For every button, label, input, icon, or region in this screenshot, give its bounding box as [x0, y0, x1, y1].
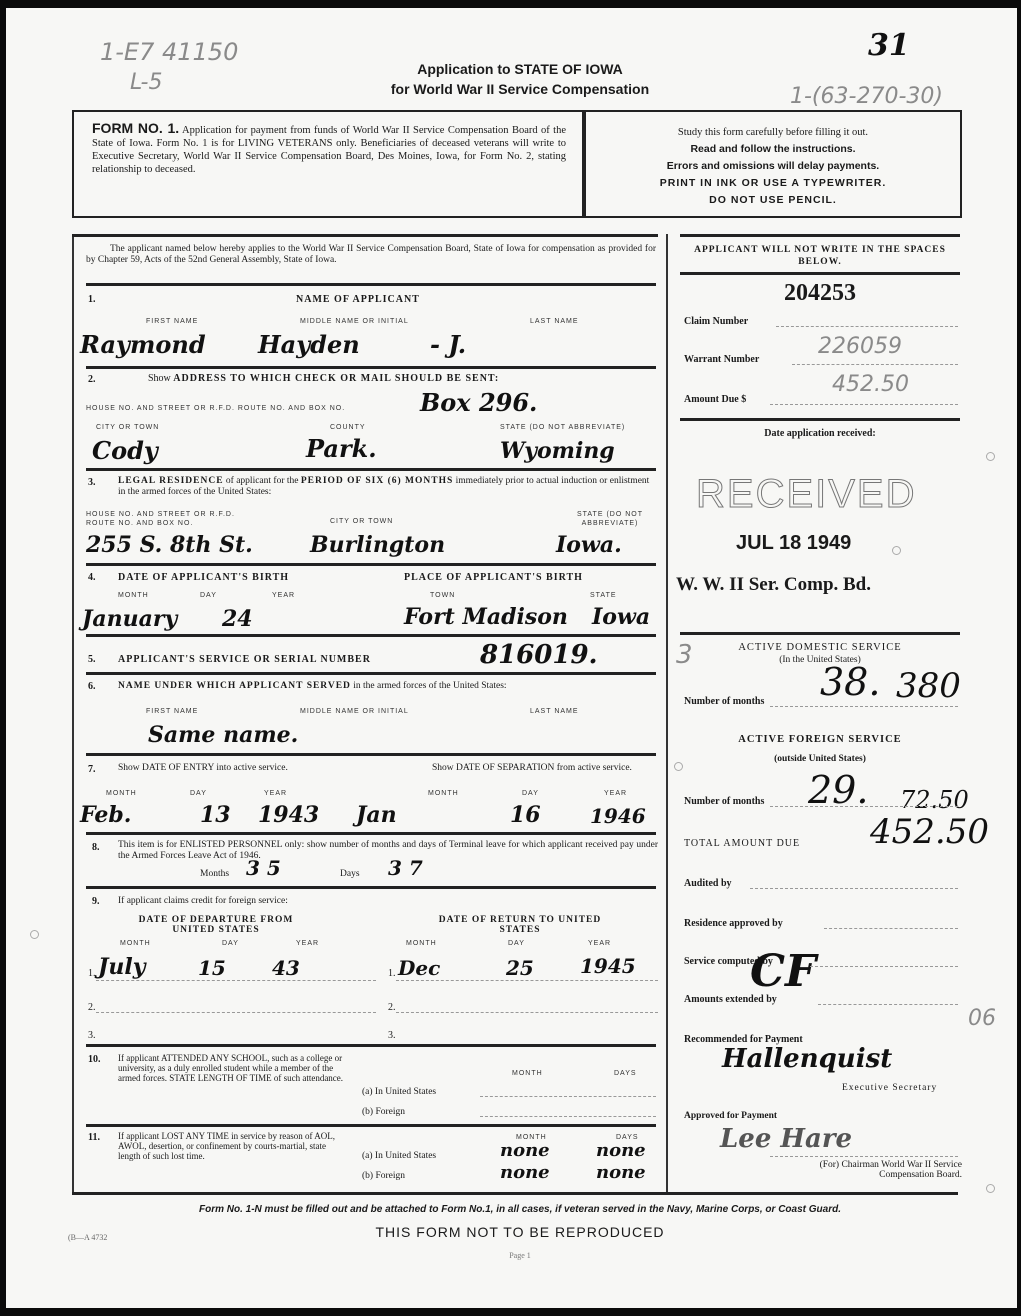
document-subtitle: for World War II Service Compensation — [330, 80, 710, 98]
domestic-months-field[interactable]: 38. — [820, 660, 880, 704]
date-received-label: Date application received: — [680, 428, 960, 440]
item-5-number: 5. — [88, 654, 96, 665]
received-stamp: RECEIVED — [696, 472, 917, 517]
margin-note-top-left: 1-E7 41150 — [100, 38, 238, 66]
last-name-field[interactable]: - J. — [430, 330, 466, 359]
lost-foreign-label: (b) Foreign — [362, 1170, 405, 1182]
mailing-city-label: CITY OR TOWN — [96, 424, 159, 431]
last-name-label: LAST NAME — [530, 318, 579, 325]
school-days-label: DAYS — [614, 1070, 637, 1077]
school-month-label: MONTH — [512, 1070, 543, 1077]
separation-month-field[interactable]: Jan — [356, 802, 397, 828]
amount-due-label: Amount Due $ — [684, 394, 746, 406]
serial-number-field[interactable]: 816019. — [480, 640, 598, 670]
mailing-county-field[interactable]: Park. — [306, 434, 377, 463]
terminal-days-field[interactable]: 3 7 — [388, 856, 423, 880]
margin-note-06: 06 — [968, 1006, 996, 1031]
warrant-number-field[interactable]: 226059 — [818, 334, 902, 359]
separation-date-label: Show DATE OF SEPARATION from active serv… — [432, 763, 658, 773]
item-8-number: 8. — [92, 842, 100, 853]
mailing-city-field[interactable]: Cody — [92, 436, 158, 465]
departure-month-field[interactable]: July — [98, 954, 146, 980]
served-last-name-label: LAST NAME — [530, 708, 579, 715]
received-stamp-date: JUL 18 1949 — [736, 532, 851, 555]
return-year-label: YEAR — [588, 940, 611, 947]
row-number: 1. — [388, 968, 396, 980]
item-1-label: NAME OF APPLICANT — [296, 294, 420, 305]
foreign-service-label: If applicant claims credit for foreign s… — [118, 895, 288, 907]
residence-state-label: STATE (DO NOT ABBREVIATE) — [560, 510, 660, 528]
chairman-label: (For) Chairman World War II Service Comp… — [772, 1160, 962, 1180]
row-number: 2. — [88, 1002, 96, 1014]
entry-date-label: Show DATE OF ENTRY into active service. — [118, 763, 348, 773]
mailing-street-label: HOUSE NO. AND STREET OR R.F.D. ROUTE NO.… — [86, 405, 345, 412]
form-code: (B—A 4732 — [68, 1232, 107, 1244]
entry-day-label: DAY — [190, 790, 207, 797]
entry-year-label: YEAR — [264, 790, 287, 797]
instruction-line-4: PRINT IN INK OR USE A TYPEWRITER. — [586, 175, 960, 192]
entry-month-field[interactable]: Feb. — [80, 802, 131, 828]
row-number: 2. — [388, 1002, 396, 1014]
claim-number-label: Claim Number — [684, 316, 748, 328]
separation-year-label: YEAR — [604, 790, 627, 797]
margin-note-top-right: 31 — [868, 28, 910, 63]
departure-day-label: DAY — [222, 940, 239, 947]
office-use-header: APPLICANT WILL NOT WRITE IN THE SPACES B… — [680, 244, 960, 268]
served-name-field[interactable]: Same name. — [148, 722, 298, 748]
separation-month-label: MONTH — [428, 790, 459, 797]
margin-note-top-left-2: L-5 — [130, 70, 162, 95]
return-date-label: DATE OF RETURN TO UNITED STATES — [420, 915, 620, 935]
residence-city-label: CITY OR TOWN — [330, 518, 393, 525]
instruction-line-2: Read and follow the instructions. — [586, 141, 960, 158]
row-number: 3. — [388, 1030, 396, 1042]
departure-year-label: YEAR — [296, 940, 319, 947]
item-7-number: 7. — [88, 764, 96, 775]
foreign-service-subheader: (outside United States) — [680, 754, 960, 764]
foreign-amount-field[interactable]: 72.50 — [900, 786, 969, 814]
total-amount-label: TOTAL AMOUNT DUE — [684, 838, 800, 850]
item-3-label: LEGAL RESIDENCE of applicant for the PER… — [118, 476, 658, 498]
departure-date-label: DATE OF DEPARTURE FROM UNITED STATES — [116, 915, 316, 935]
intro-text: The applicant named below hereby applies… — [86, 244, 656, 266]
middle-name-label: MIDDLE NAME OR INITIAL — [300, 318, 409, 325]
lost-us-days-field[interactable]: none — [596, 1140, 646, 1161]
terminal-days-label: Days — [340, 868, 360, 880]
separation-day-field[interactable]: 16 — [510, 802, 541, 828]
terminal-months-field[interactable]: 3 5 — [246, 856, 281, 880]
birth-month-label: MONTH — [118, 592, 149, 599]
reproduction-notice: THIS FORM NOT TO BE REPRODUCED — [300, 1224, 740, 1240]
item-10-number: 10. — [88, 1054, 101, 1065]
service-computed-initials[interactable]: CF — [750, 946, 816, 997]
amounts-extended-label: Amounts extended by — [684, 994, 777, 1006]
birth-town-field[interactable]: Fort Madison — [404, 604, 568, 630]
return-day-field[interactable]: 25 — [506, 956, 534, 980]
birth-state-field[interactable]: Iowa — [592, 604, 650, 630]
chairman-signature[interactable]: Lee Hare — [720, 1124, 852, 1154]
item-4-number: 4. — [88, 572, 96, 583]
executive-secretary-label: Executive Secretary — [842, 1082, 937, 1094]
birth-year-label: YEAR — [272, 592, 295, 599]
school-foreign-label: (b) Foreign — [362, 1106, 405, 1118]
instruction-line-1: Study this form carefully before filling… — [586, 124, 960, 141]
executive-secretary-signature[interactable]: Hallenquist — [722, 1044, 892, 1074]
birth-day-field[interactable]: 24 — [222, 606, 253, 632]
claim-number-value: 204253 — [680, 280, 960, 307]
separation-year-field[interactable]: 1946 — [590, 804, 646, 828]
first-name-label: FIRST NAME — [146, 318, 198, 325]
birth-day-label: DAY — [200, 592, 217, 599]
birth-state-label: STATE — [590, 592, 617, 599]
serial-number-label: APPLICANT'S SERVICE OR SERIAL NUMBER — [118, 654, 371, 665]
foreign-months-label: Number of months — [684, 796, 764, 808]
instructions-box: Study this form carefully before filling… — [584, 110, 962, 218]
lost-foreign-days-field[interactable]: none — [596, 1162, 646, 1183]
item-11-number: 11. — [88, 1132, 100, 1143]
item-3-number: 3. — [88, 477, 96, 488]
row-number: 1. — [88, 968, 96, 980]
form-number-label: FORM NO. 1. — [92, 120, 179, 136]
departure-day-field[interactable]: 15 — [198, 956, 226, 980]
approved-for-payment-label: Approved for Payment — [684, 1110, 777, 1122]
birth-date-label: DATE OF APPLICANT'S BIRTH — [118, 572, 289, 583]
audited-by-label: Audited by — [684, 878, 732, 890]
return-day-label: DAY — [508, 940, 525, 947]
birth-town-label: TOWN — [430, 592, 455, 599]
served-first-name-label: FIRST NAME — [146, 708, 198, 715]
first-name-field[interactable]: Raymond — [80, 330, 206, 359]
separation-day-label: DAY — [522, 790, 539, 797]
item-2-label: Show ADDRESS TO WHICH CHECK OR MAIL SHOU… — [148, 373, 499, 385]
domestic-months-label: Number of months — [684, 696, 764, 708]
departure-year-field[interactable]: 43 — [272, 956, 300, 980]
residence-street-field[interactable]: 255 S. 8th St. — [86, 532, 253, 558]
entry-year-field[interactable]: 1943 — [258, 802, 319, 828]
school-attendance-text: If applicant ATTENDED ANY SCHOOL, such a… — [118, 1053, 346, 1083]
page-number: Page 1 — [480, 1250, 560, 1262]
birth-month-field[interactable]: January — [82, 606, 177, 632]
mailing-county-label: COUNTY — [330, 424, 366, 431]
return-year-field[interactable]: 1945 — [580, 954, 636, 978]
lost-us-label: (a) In United States — [362, 1150, 436, 1162]
lost-time-text: If applicant LOST ANY TIME in service by… — [118, 1131, 346, 1161]
item-6-number: 6. — [88, 681, 96, 692]
form-description-box: FORM NO. 1. Application for payment from… — [72, 110, 584, 218]
return-month-label: MONTH — [406, 940, 437, 947]
terminal-months-label: Months — [200, 868, 229, 880]
margin-note-reference: 1-(63-270-30) — [790, 84, 943, 109]
school-us-label: (a) In United States — [362, 1086, 436, 1098]
mailing-street-field[interactable]: Box 296. — [420, 388, 537, 417]
item-6-label: NAME UNDER WHICH APPLICANT SERVED in the… — [118, 680, 658, 692]
foreign-service-header: ACTIVE FOREIGN SERVICE — [680, 734, 960, 745]
document-title: Application to STATE OF IOWA — [330, 60, 710, 78]
residence-street-label: HOUSE NO. AND STREET OR R.F.D. ROUTE NO.… — [86, 510, 256, 528]
departure-month-label: MONTH — [120, 940, 151, 947]
lost-foreign-month-field[interactable]: none — [500, 1162, 550, 1183]
item-1-number: 1. — [88, 294, 96, 305]
instruction-line-5: DO NOT USE PENCIL. — [586, 192, 960, 209]
served-middle-name-label: MIDDLE NAME OR INITIAL — [300, 708, 409, 715]
item-2-number: 2. — [88, 374, 96, 385]
domestic-amount-field[interactable]: 380 — [896, 666, 961, 706]
entry-day-field[interactable]: 13 — [200, 802, 231, 828]
residence-approved-label: Residence approved by — [684, 918, 783, 930]
footer-note: Form No. 1-N must be filled out and be a… — [80, 1204, 960, 1215]
row-number: 3. — [88, 1030, 96, 1042]
item-9-number: 9. — [92, 896, 100, 907]
residence-city-field[interactable]: Burlington — [310, 532, 445, 558]
domestic-service-header: ACTIVE DOMESTIC SERVICE — [680, 642, 960, 653]
residence-state-field[interactable]: Iowa. — [556, 532, 622, 558]
mailing-state-field[interactable]: Wyoming — [500, 438, 615, 464]
received-stamp-board: W. W. II Ser. Comp. Bd. — [676, 574, 871, 596]
amount-due-field[interactable]: 452.50 — [832, 372, 909, 397]
birth-place-label: PLACE OF APPLICANT'S BIRTH — [404, 572, 583, 583]
return-month-field[interactable]: Dec — [398, 956, 440, 980]
middle-name-field[interactable]: Hayden — [258, 330, 360, 359]
entry-month-label: MONTH — [106, 790, 137, 797]
warrant-number-label: Warrant Number — [684, 354, 759, 366]
instruction-line-3: Errors and omissions will delay payments… — [586, 158, 960, 175]
total-amount-field[interactable]: 452.50 — [870, 812, 989, 852]
lost-us-month-field[interactable]: none — [500, 1140, 550, 1161]
mailing-state-label: STATE (DO NOT ABBREVIATE) — [500, 424, 625, 431]
